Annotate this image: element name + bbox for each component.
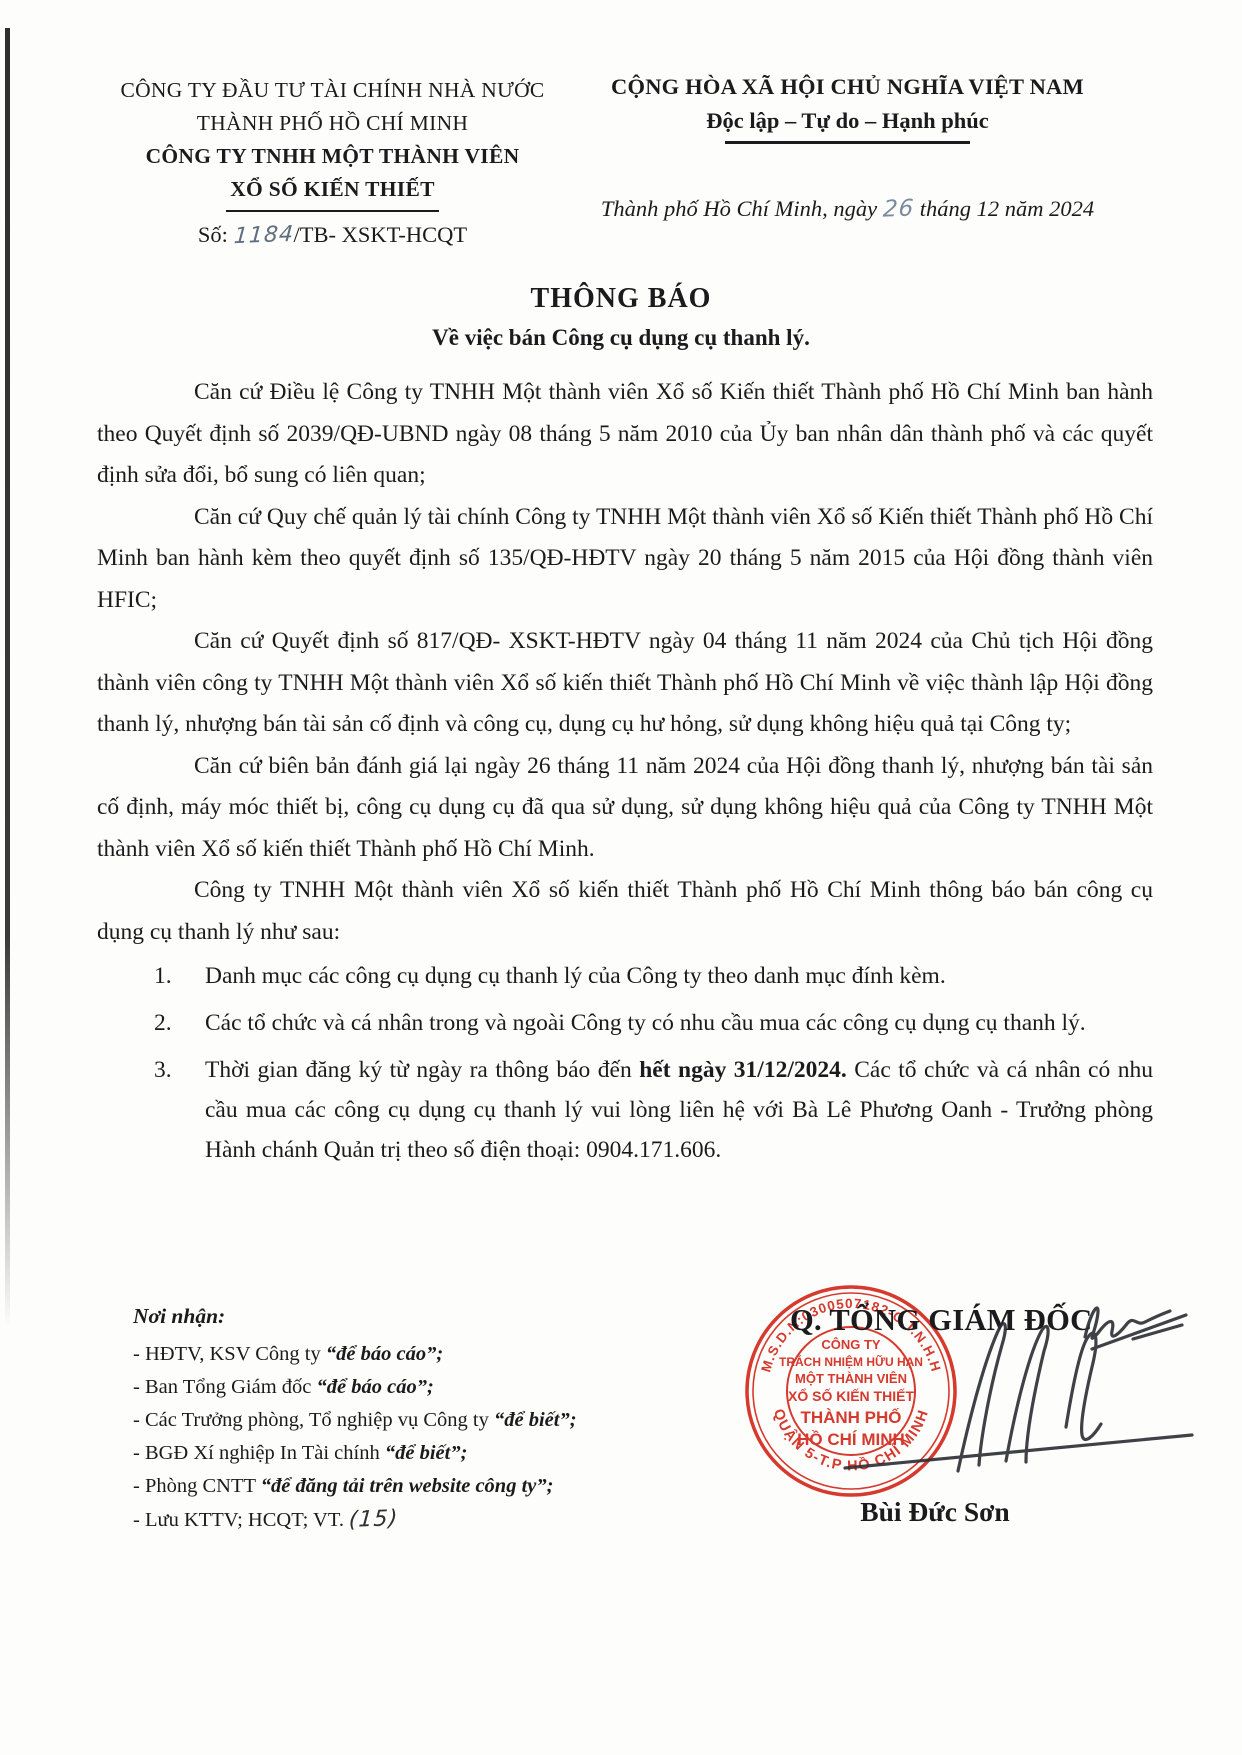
- paragraph: Căn cứ Điều lệ Công ty TNHH Một thành vi…: [97, 372, 1153, 497]
- recipient-line: - Các Trưởng phòng, Tổ nghiệp vụ Công ty…: [133, 1404, 693, 1437]
- scan-artifact-line: [5, 28, 10, 1328]
- deadline-bold: hết ngày 31/12/2024.: [639, 1057, 847, 1083]
- recipients-block: Nơi nhận: - HĐTV, KSV Công ty “để báo cá…: [133, 1300, 693, 1537]
- paragraph: Căn cứ Quy chế quản lý tài chính Công ty…: [97, 497, 1153, 622]
- parent-company-city: THÀNH PHỐ HỒ CHÍ MINH: [95, 107, 570, 140]
- list-item: 3. Thời gian đăng ký từ ngày ra thông bá…: [97, 1050, 1153, 1170]
- national-motto-line1: CỘNG HÒA XÃ HỘI CHỦ NGHĨA VIỆT NAM: [565, 74, 1130, 100]
- parent-company-name: CÔNG TY ĐẦU TƯ TÀI CHÍNH NHÀ NƯỚC: [95, 74, 570, 107]
- list-item: 2. Các tổ chức và cá nhân trong và ngoài…: [97, 1003, 1153, 1043]
- national-header-block: CỘNG HÒA XÃ HỘI CHỦ NGHĨA VIỆT NAM Độc l…: [565, 74, 1130, 222]
- document-number: Số: 1184/TB- XSKT-HCQT: [95, 222, 570, 248]
- date-line: Thành phố Hồ Chí Minh, ngày 26 tháng 12 …: [565, 196, 1130, 222]
- recipient-line: - BGĐ Xí nghiệp In Tài chính “để biết”;: [133, 1437, 693, 1470]
- national-motto-line2: Độc lập – Tự do – Hạnh phúc: [565, 108, 1130, 134]
- page-subtitle: Về việc bán Công cụ dụng cụ thanh lý.: [0, 325, 1242, 351]
- list-item-number: 1.: [154, 956, 172, 996]
- recipient-line: - Phòng CNTT “để đăng tải trên website c…: [133, 1470, 693, 1503]
- list-item: 1. Danh mục các công cụ dụng cụ thanh lý…: [97, 956, 1153, 996]
- copies-count-handwritten: (15): [348, 1502, 399, 1537]
- issuer-block: CÔNG TY ĐẦU TƯ TÀI CHÍNH NHÀ NƯỚC THÀNH …: [95, 74, 570, 248]
- paragraph: Công ty TNHH Một thành viên Xổ số kiến t…: [97, 870, 1153, 953]
- handwritten-signature: [830, 1275, 1210, 1505]
- document-number-handwritten: 1184: [233, 222, 295, 249]
- paragraph: Căn cứ Quyết định số 817/QĐ- XSKT-HĐTV n…: [97, 621, 1153, 746]
- paragraph: Căn cứ biên bản đánh giá lại ngày 26 thá…: [97, 746, 1153, 871]
- document-body: Căn cứ Điều lệ Công ty TNHH Một thành vi…: [97, 372, 1153, 1177]
- date-day-handwritten: 26: [882, 195, 915, 222]
- recipient-line: - HĐTV, KSV Công ty “để báo cáo”;: [133, 1338, 693, 1371]
- numbered-list: 1. Danh mục các công cụ dụng cụ thanh lý…: [97, 956, 1153, 1170]
- page-title: THÔNG BÁO: [0, 283, 1242, 315]
- recipients-label: Nơi nhận:: [133, 1300, 693, 1333]
- company-name-2: XỔ SỐ KIẾN THIẾT: [95, 173, 570, 212]
- company-name: CÔNG TY TNHH MỘT THÀNH VIÊN: [95, 140, 570, 173]
- motto-underline: [725, 141, 970, 144]
- document-page: CÔNG TY ĐẦU TƯ TÀI CHÍNH NHÀ NƯỚC THÀNH …: [0, 0, 1242, 1755]
- recipient-line: - Ban Tổng Giám đốc “để báo cáo”;: [133, 1371, 693, 1404]
- list-item-number: 2.: [154, 1003, 172, 1043]
- list-item-number: 3.: [154, 1050, 172, 1090]
- signature-block: M.S.D.N:0300507182-C.T.N.H.H ★ QUẬN 5-T.…: [700, 1270, 1220, 1570]
- recipient-line: - Lưu KTTV; HCQT; VT. (15): [133, 1503, 693, 1537]
